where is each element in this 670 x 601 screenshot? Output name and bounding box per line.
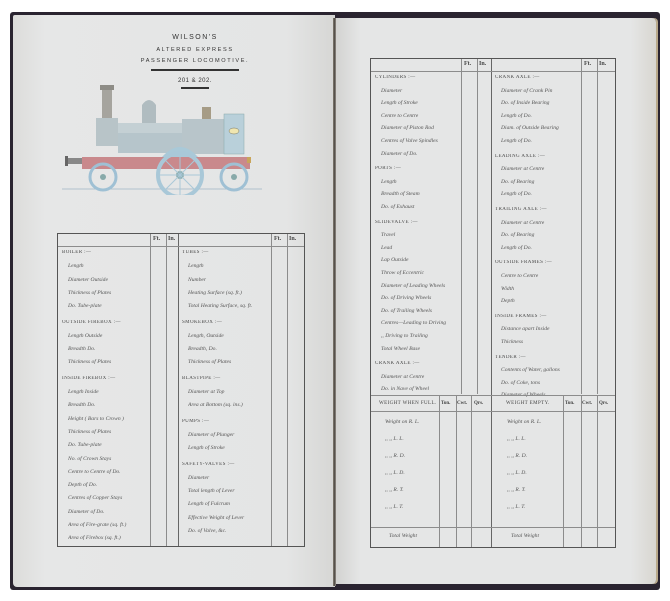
weight-row-label: ,, ,, R. T. (385, 487, 404, 493)
col-divider (597, 59, 598, 394)
spec-row-label: Contents of Water, gallons (501, 367, 579, 373)
spec-row-label: Number (188, 277, 268, 283)
spec-row-label: Area of Firebox (sq. ft.) (68, 535, 148, 541)
spec-row-label: Length of Stroke (188, 445, 268, 451)
ft-header: Ft. (153, 236, 160, 242)
in-header: In. (168, 236, 175, 242)
section-heading: Pumps :— (182, 419, 268, 424)
spec-row-label: Diameter of Leading Wheels (381, 283, 459, 289)
spec-row-label: Diameter (188, 475, 268, 481)
section-heading: Tender :— (495, 355, 579, 360)
spec-row-label: Height ( Bars to Crown ) (68, 416, 148, 422)
spec-row-label: Do. of Driving Wheels (381, 295, 459, 301)
locomotive-illustration (62, 85, 272, 195)
spec-row-label: Diameter of Piston Rod (381, 125, 459, 131)
weight-row-label: ,, ,, L. D. (507, 470, 527, 476)
spec-row-label: Length of Do. (501, 191, 579, 197)
col-divider (491, 59, 492, 547)
section-heading: Ports :— (375, 166, 459, 171)
section-heading: Blastpipe :— (182, 376, 268, 381)
spec-row-label: Thickness (501, 339, 579, 345)
spec-row-label: Diameter at Top (188, 389, 268, 395)
weight-row-label: ,, ,, L. T. (507, 504, 525, 510)
section-heading: Crank Axle :— (375, 361, 459, 366)
spec-row-label: Area at Bottom (sq. ins.) (188, 402, 268, 408)
spec-row-label: Area of Fire-grate (sq. ft.) (68, 522, 148, 528)
spec-row-label: Centre to Centre (501, 273, 579, 279)
spec-row-label: Centres of Copper Stays (68, 495, 148, 501)
spec-row-label: Length of Do. (501, 138, 579, 144)
col-divider (150, 234, 151, 546)
spec-row-label: Total length of Lever (188, 488, 268, 494)
section-heading: Cylinders :— (375, 75, 459, 80)
spec-row-label: Breadth Do. (68, 402, 148, 408)
right-spec-table: Ft. In. Ft. In. Cylinders :—DiameterLeng… (370, 58, 616, 548)
spec-row-label: Breadth, Do. (188, 346, 268, 352)
spec-row-label: Do. of Inside Bearing (501, 100, 579, 106)
spec-row-label: Breadth of Steam (381, 191, 459, 197)
weight-total-rule (371, 527, 615, 528)
cwt-header: Cwt. (582, 401, 592, 406)
spec-row-label: Length, Outside (188, 333, 268, 339)
spec-row-label: Thickness of Plates (68, 429, 148, 435)
col-divider (439, 395, 440, 547)
spec-row-label: Travel (381, 232, 459, 238)
section-heading: Inside Firebox :— (62, 376, 148, 381)
section-heading: Slidevalve :— (375, 220, 459, 225)
spec-row-label: Depth (501, 298, 579, 304)
spec-row-label: Thickness of Plates (68, 290, 148, 296)
title-rule (151, 69, 239, 71)
spec-row-label: Do. Tube-plate (68, 303, 148, 309)
spec-row-label: Centres—Leading to Driving (381, 320, 459, 326)
col-divider (461, 59, 462, 394)
section-heading: Leading Axle :— (495, 154, 579, 159)
col-divider (456, 395, 457, 547)
qrs-header: Qrs. (474, 401, 483, 406)
col-divider (581, 395, 582, 547)
spec-row-label: Breadth Do. (68, 346, 148, 352)
spec-row-label: Diameter Outside (68, 277, 148, 283)
ton-header: Ton. (441, 401, 450, 406)
title-line-3: PASSENGER LOCOMOTIVE. (60, 58, 330, 64)
weight-row-label: ,, ,, R. T. (507, 487, 526, 493)
col-divider (287, 234, 288, 546)
section-heading: Safety-Valves :— (182, 462, 268, 467)
spec-row-label: Depth of Do. (68, 482, 148, 488)
spec-row-label: Thickness of Plates (188, 359, 268, 365)
spec-row-label: Do. of Bearing (501, 232, 579, 238)
col-divider (581, 59, 582, 394)
weight-row-label: ,, ,, R. D. (507, 453, 527, 459)
spec-row-label: Diameter of Do. (381, 151, 459, 157)
spec-row-label: Heating Surface (sq. ft.) (188, 290, 268, 296)
spec-row-label: Do. of Coke, tons (501, 380, 579, 386)
spec-row-label: Diameter of Do. (68, 509, 148, 515)
spec-row-label: Centre to Centre of Do. (68, 469, 148, 475)
spec-row-label: Lead (381, 245, 459, 251)
spec-row-label: Total Wheel Base (381, 346, 459, 352)
spec-row-label: Do. Tube-plate (68, 442, 148, 448)
spec-row-label: Total Heating Surface, sq. ft. (188, 303, 268, 309)
col-divider (178, 234, 179, 546)
spec-row-label: Do. of Bearing (501, 179, 579, 185)
spec-row-label: Do. of Valve, &c. (188, 528, 268, 534)
title-line-1: WILSON'S (60, 34, 330, 41)
weight-empty-total: Total Weight (511, 533, 539, 539)
book-gutter (333, 18, 336, 586)
spec-row-label: Lap Outside (381, 257, 459, 263)
locomotive-title-block: WILSON'S ALTERED EXPRESS PASSENGER LOCOM… (60, 30, 330, 89)
weight-full-title: Weight when Full. (379, 401, 437, 406)
section-heading: Trailing Axle :— (495, 207, 579, 212)
ft-header: Ft. (274, 236, 281, 242)
header-rule (58, 246, 304, 247)
spec-row-label: Centre to Centre (381, 113, 459, 119)
spec-row-label: Diameter of Crank Pin (501, 88, 579, 94)
spec-row-label: Do. in Nave of Wheel (381, 386, 459, 392)
ton-header: Ton. (565, 401, 574, 406)
weight-section-rule (371, 395, 615, 396)
section-heading: Crank Axle :— (495, 75, 579, 80)
weight-row-label: ,, ,, R. D. (385, 453, 405, 459)
spec-row-label: Length Inside (68, 389, 148, 395)
spec-row-label: Diameter at Centre (381, 374, 459, 380)
col-divider (271, 234, 272, 546)
weight-full-total: Total Weight (389, 533, 417, 539)
weight-row-label: ,, ,, L. L. (385, 436, 404, 442)
weight-empty-title: Weight Empty. (506, 401, 550, 406)
spec-row-label: Distance apart Inside (501, 326, 579, 332)
col-divider (166, 234, 167, 546)
section-heading: Inside Frames :— (495, 314, 579, 319)
weight-header-rule (371, 411, 615, 412)
spec-row-label: Length (188, 263, 268, 269)
in-header: In. (599, 61, 606, 67)
weight-row-label: ,, ,, L. D. (385, 470, 405, 476)
section-heading: Smokebox :— (182, 320, 268, 325)
spec-row-label: Do. of Exhaust (381, 204, 459, 210)
col-divider (597, 395, 598, 547)
spec-row-label: Thickness of Plates (68, 359, 148, 365)
section-heading: Tubes :— (182, 250, 268, 255)
section-heading: Boiler :— (62, 250, 148, 255)
spec-row-label: Length of Do. (501, 113, 579, 119)
col-divider (477, 59, 478, 394)
col-divider (563, 395, 564, 547)
spec-row-label: Diameter at Centre (501, 220, 579, 226)
spec-row-label: Diameter (381, 88, 459, 94)
in-header: In. (289, 236, 296, 242)
weight-row-label: Weight on R. L. (507, 419, 541, 425)
title-line-2: ALTERED EXPRESS (60, 47, 330, 53)
left-spec-table: Ft. In. Ft. In. Boiler :—LengthDiameter … (57, 233, 305, 547)
weight-row-label: ,, ,, L. L. (507, 436, 526, 442)
spec-row-label: ,, Driving to Trailing (381, 333, 459, 339)
spec-row-label: Diameter at Centre (501, 166, 579, 172)
cwt-header: Cwt. (457, 401, 467, 406)
spec-row-label: Length of Stroke (381, 100, 459, 106)
spec-row-label: Do. of Trailing Wheels (381, 308, 459, 314)
spec-row-label: Diameter of Plunger (188, 432, 268, 438)
spec-row-label: No. of Crown Stays (68, 456, 148, 462)
in-header: In. (479, 61, 486, 67)
spec-row-label: Length (381, 179, 459, 185)
header-rule (371, 71, 615, 72)
section-heading: Outside Firebox :— (62, 320, 148, 325)
spec-row-label: Length Outside (68, 333, 148, 339)
spec-row-label: Effective Weight of Lever (188, 515, 268, 521)
spec-row-label: Length of Do. (501, 245, 579, 251)
section-heading: Outside Frames :— (495, 260, 579, 265)
weight-row-label: ,, ,, L. T. (385, 504, 403, 510)
spec-row-label: Centres of Valve Spindles (381, 138, 459, 144)
spec-row-label: Length of Fulcrum (188, 501, 268, 507)
spec-row-label: Diam. of Outside Bearing (501, 125, 579, 131)
spec-row-label: Width (501, 286, 579, 292)
engine-numbers: 201 & 202. (60, 78, 330, 84)
weight-row-label: Weight on R. L. (385, 419, 419, 425)
col-divider (471, 395, 472, 547)
spec-row-label: Length (68, 263, 148, 269)
ft-header: Ft. (584, 61, 591, 67)
qrs-header: Qrs. (599, 401, 608, 406)
spec-row-label: Throw of Eccentric (381, 270, 459, 276)
ft-header: Ft. (464, 61, 471, 67)
